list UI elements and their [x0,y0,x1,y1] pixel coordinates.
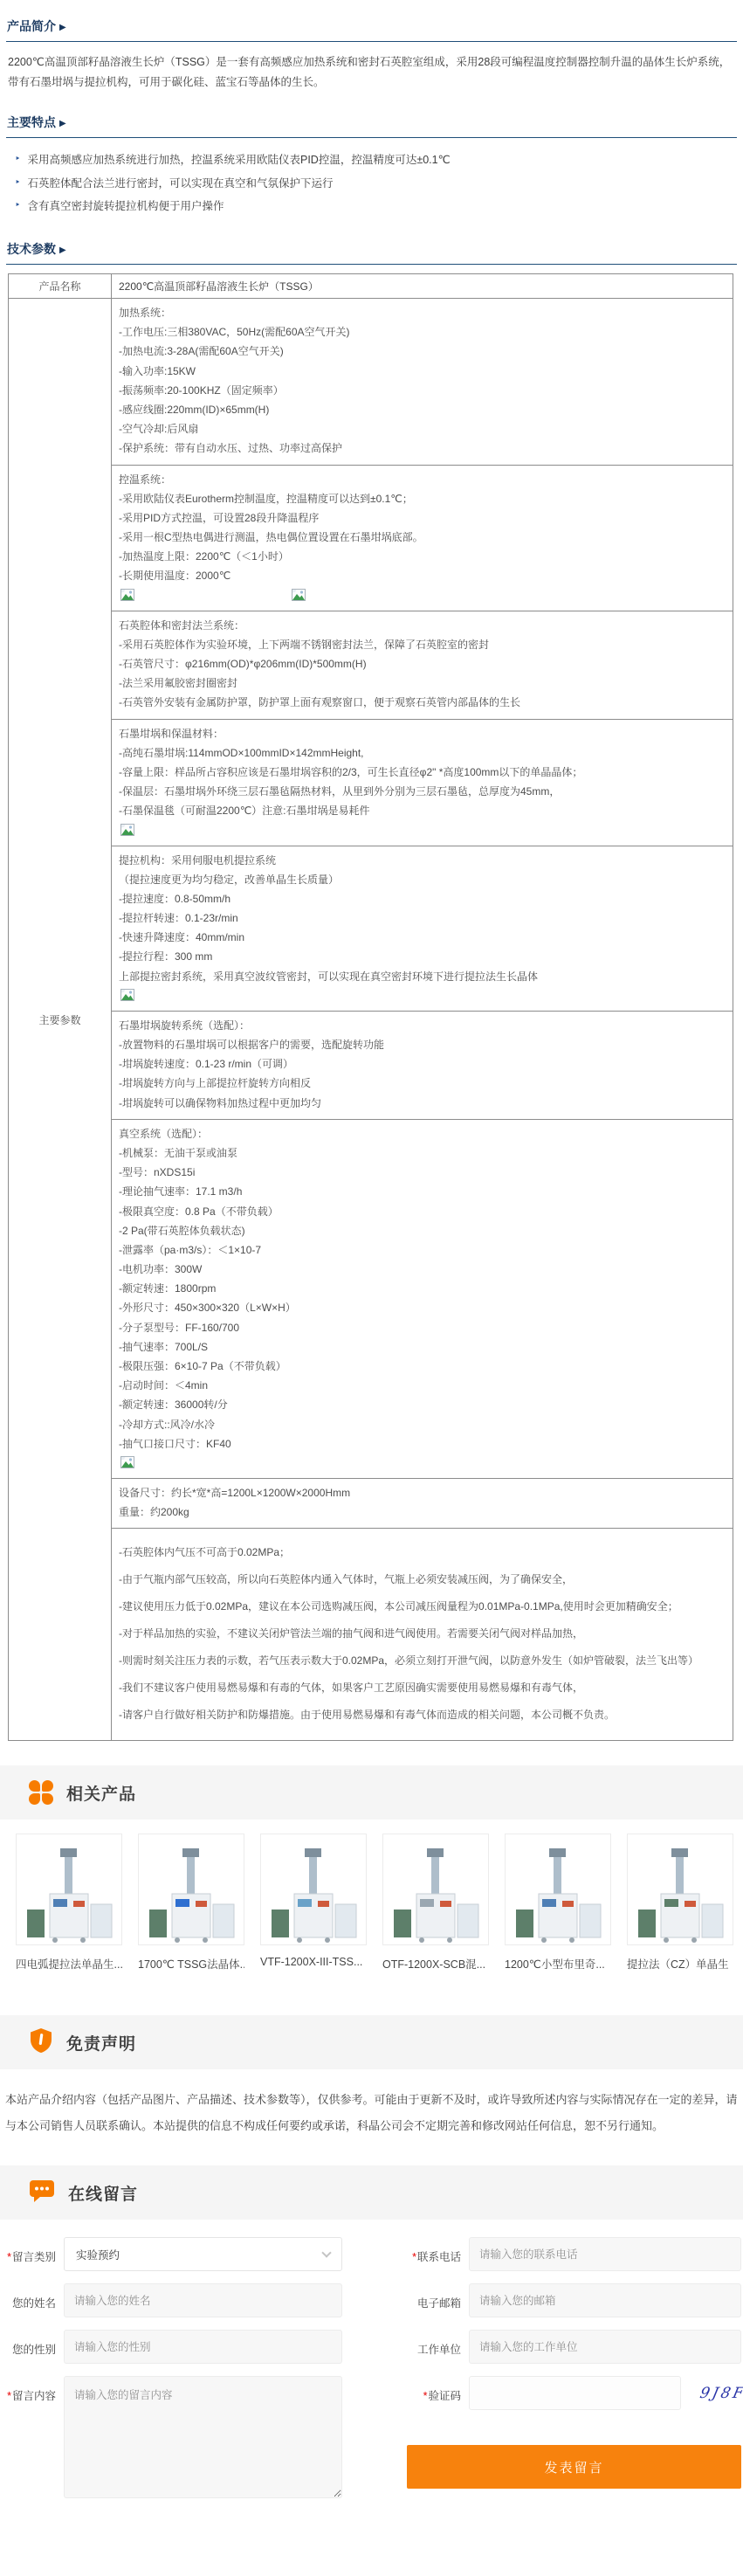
chat-bubble-icon [29,2179,55,2207]
spec-line: 提拉机构：采用伺服电机提拉系统 [119,851,726,870]
spec-line: -由于气瓶内部气压较高，所以向石英腔体内通入气体时，气瓶上必须安装减压阀，为了确… [119,1571,726,1587]
form-row-phone: *联系电话 [407,2237,741,2271]
spec-block: 真空系统（选配）：-机械泵：无油干泵或油泵-型号：nXDS15i-理论抽气速率：… [112,1119,733,1478]
spec-line: -提拉杆转速：0.1-23r/min [119,908,726,928]
spec-line: -法兰采用氟胶密封圈密封 [119,673,726,693]
spec-line: 重量：约200kg [119,1502,726,1522]
spec-line: -2 Pa(带石英腔体负载状态) [119,1221,726,1240]
bottom-whitespace [0,2515,743,2576]
email-input[interactable] [469,2283,741,2317]
spec-line: -振荡频率:20-100KHZ（固定频率） [119,381,726,400]
features-list: ‣采用高频感应加热系统进行加热，控温系统采用欧陆仪表PID控温，控温精度可达±0… [15,148,735,218]
form-left-column: *留言类别 实验预约 您的姓名 您的性别 *留言内容 [2,2237,342,2515]
name-input[interactable] [64,2283,342,2317]
bullet-icon: ‣ [15,172,21,195]
form-row-email: 电子邮箱 [407,2283,741,2317]
captcha-input[interactable] [469,2376,681,2410]
spec-line: -快速升降速度：40mm/min [119,928,726,947]
required-asterisk: * [7,2390,11,2402]
spec-line: -坩埚旋转方向与上部提拉杆旋转方向相反 [119,1074,726,1093]
spec-line: -则需时刻关注压力表的示数，若气压表示数大于0.02MPa，必须立刻打开泄气阀，… [119,1653,726,1668]
spec-block: 加热系统：-工作电压:三相380VAC，50Hz(需配60A空气开关)-加热电流… [112,299,733,465]
spec-line: -石英管尺寸：φ216mm(OD)*φ206mm(ID)*500mm(H) [119,654,726,673]
broken-image-icon [120,589,134,604]
product-image [382,1834,489,1945]
spec-line: -坩埚旋转可以确保物料加热过程中更加均匀 [119,1094,726,1113]
broken-image-icon [120,824,134,839]
spec-main-params-cell: 加热系统：-工作电压:三相380VAC，50Hz(需配60A空气开关)-加热电流… [112,299,733,1741]
chevron-down-icon [321,2248,331,2257]
phone-input[interactable] [469,2237,741,2271]
spec-line: -采用PID方式控温，可设置28段升降温程序 [119,508,726,528]
spec-block: 提拉机构：采用伺服电机提拉系统（提拉速度更为均匀稳定，改善单晶生长质量）-提拉速… [112,846,733,1011]
form-row-company: 工作单位 [407,2330,741,2364]
spec-line: -机械泵：无油干泵或油泵 [119,1143,726,1163]
spec-line: -石墨保温毯（可耐温2200℃）注意:石墨坩埚是易耗件 [119,801,726,820]
spec-line: -电机功率：300W [119,1260,726,1279]
spec-line: -请客户自行做好相关防护和防爆措施。由于使用易燃易爆和有毒气体而造成的相关问题，… [119,1707,726,1723]
product-image [505,1834,611,1945]
spec-row-product-name: 产品名称 2200℃高温顶部籽晶溶液生长炉（TSSG） [9,274,733,299]
spec-line: -提拉行程：300 mm [119,947,726,966]
spec-line: -加热电流:3-28A(需配60A空气开关) [119,342,726,361]
required-asterisk: * [423,2390,428,2402]
related-products-header: 相关产品 [0,1765,743,1820]
form-right-column: *联系电话 电子邮箱 工作单位 *验证码 9J8F 发表留言 [407,2237,741,2515]
spec-line: -额定转速：1800rpm [119,1279,726,1298]
spec-line: -极限真空度：0.8 Pa（不带负载） [119,1202,726,1221]
category-selected-value: 实验预约 [76,2247,120,2262]
product-name-link[interactable]: 1200℃小型布里奇... [505,1956,611,1972]
broken-image-icon [120,989,134,1004]
spec-line: -采用石英腔体作为实验环境，上下两端不锈钢密封法兰，保障了石英腔室的密封 [119,635,726,654]
feature-text: 石英腔体配合法兰进行密封，可以实现在真空和气氛保护下运行 [28,172,334,195]
gender-input[interactable] [64,2330,342,2364]
spec-block: -石英腔体内气压不可高于0.02MPa；-由于气瓶内部气压较高，所以向石英腔体内… [112,1528,733,1740]
spec-label-product-name: 产品名称 [9,274,112,299]
required-asterisk: * [412,2251,416,2263]
product-name-link[interactable]: 四电弧提拉法单晶生... [16,1956,122,1972]
product-image [260,1834,367,1945]
feature-text: 含有真空密封旋转提拉机构便于用户操作 [28,195,224,218]
gender-label: 您的性别 [2,2330,56,2357]
disclaimer-title: 免责声明 [66,2031,136,2055]
product-card[interactable]: 四电弧提拉法单晶生... [16,1834,122,1972]
message-title: 在线留言 [68,2181,138,2205]
section-title-features: 主要特点▶ [7,114,737,131]
bullet-icon: ‣ [15,148,21,171]
spec-line: -外形尺寸：450×300×320（L×W×H） [119,1298,726,1317]
spec-line: -冷却方式::风冷/水冷 [119,1415,726,1434]
company-label: 工作单位 [407,2330,461,2357]
content-label: *留言内容 [2,2376,56,2403]
spec-line: -保温层：石墨坩埚外环绕三层石墨毡隔热材料，从里到外分别为三层石墨毡，总厚度为4… [119,782,726,801]
spec-line: -容量上限：样品所占容积应该是石墨坩埚容积的2/3，可生长直径φ2" *高度10… [119,763,726,782]
product-detail-content: 产品简介▶ 2200℃高温顶部籽晶溶液生长炉（TSSG）是一套有高频感应加热系统… [0,0,743,1741]
bullet-icon: ‣ [15,195,21,218]
form-row-category: *留言类别 实验预约 [2,2237,342,2271]
spec-block: 石英腔体和密封法兰系统：-采用石英腔体作为实验环境，上下两端不锈钢密封法兰，保障… [112,611,733,719]
feature-item: ‣石英腔体配合法兰进行密封，可以实现在真空和气氛保护下运行 [15,172,735,195]
intro-title-text: 产品简介 [7,19,56,33]
section-divider [6,41,737,42]
spec-line: -长期使用温度：2000℃ [119,566,726,585]
spec-line: -工作电压:三相380VAC，50Hz(需配60A空气开关) [119,322,726,342]
broken-image-icon [120,1456,134,1471]
section-arrow-icon: ▶ [59,245,66,255]
spec-line: -抽气口接口尺寸：KF40 [119,1434,726,1454]
category-label: *留言类别 [2,2237,56,2264]
form-row-name: 您的姓名 [2,2283,342,2317]
product-card[interactable]: 提拉法（CZ）单晶生 [627,1834,733,1972]
product-name-link[interactable]: 提拉法（CZ）单晶生 [627,1956,733,1972]
spec-line: -空气冷却:后风扇 [119,419,726,439]
spec-line: -采用欧陆仪表Eurotherm控制温度，控温精度可以达到±0.1℃； [119,489,726,508]
section-title-intro: 产品简介▶ [7,17,737,35]
spec-line: 设备尺寸：约长*宽*高=1200L×1200W×2000Hmm [119,1483,726,1502]
spec-line: -石英管外安装有金属防护罩，防护罩上面有观察窗口，便于观察石英管内部晶体的生长 [119,693,726,712]
company-input[interactable] [469,2330,741,2364]
spec-line: -感应线圈:220mm(ID)×65mm(H) [119,400,726,419]
spec-line: -采用一根C型热电偶进行测温，热电偶位置设置在石墨坩埚底部。 [119,528,726,547]
spec-line: 石墨坩埚和保温材料： [119,724,726,743]
spec-line: -分子泵型号：FF-160/700 [119,1318,726,1337]
spec-line: 真空系统（选配）： [119,1124,726,1143]
spec-line: -保护系统：带有自动水压、过热、功率过高保护 [119,439,726,458]
spec-line: -放置物料的石墨坩埚可以根据客户的需要，选配旋转功能 [119,1035,726,1054]
spec-line: -抽气速率：700L/S [119,1337,726,1357]
spec-block: 设备尺寸：约长*宽*高=1200L×1200W×2000Hmm重量：约200kg [112,1478,733,1528]
disclaimer-paragraph: 本站产品介绍内容（包括产品图片、产品描述、技术参数等），仅供参考。可能由于更新不… [0,2069,743,2143]
spec-line: 上部提拉密封系统，采用真空波纹管密封，可以实现在真空密封环境下进行提拉法生长晶体 [119,967,726,986]
captcha-label: *验证码 [407,2376,461,2403]
section-arrow-icon: ▶ [59,23,66,32]
submit-message-button[interactable]: 发表留言 [407,2445,741,2489]
spec-line: 控温系统： [119,470,726,489]
name-label: 您的姓名 [2,2283,56,2310]
section-divider [6,137,737,138]
email-label: 电子邮箱 [407,2283,461,2310]
spec-line: -泄露率（pa·m3/s）：＜1×10-7 [119,1240,726,1260]
name-field-wrap [64,2283,342,2317]
spec-block: 石墨坩埚旋转系统（选配）：-放置物料的石墨坩埚可以根据客户的需要，选配旋转功能-… [112,1011,733,1119]
spec-line: -建议使用压力低于0.02MPa，建议在本公司选购减压阀，本公司减压阀量程为0.… [119,1599,726,1614]
product-card[interactable]: VTF-1200X-III-TSS... [260,1834,367,1972]
feature-item: ‣含有真空密封旋转提拉机构便于用户操作 [15,195,735,218]
spec-row-main-params: 主要参数 加热系统：-工作电压:三相380VAC，50Hz(需配60A空气开关)… [9,299,733,1741]
disclaimer-header: 免责声明 [0,2015,743,2069]
product-image [138,1834,244,1945]
apps-grid-icon [29,1780,53,1805]
section-arrow-icon: ▶ [59,119,66,128]
spec-line: -额定转速：36000转/分 [119,1395,726,1414]
spec-line: （提拉速度更为均匀稳定，改善单晶生长质量） [119,870,726,889]
product-image [16,1834,122,1945]
spec-label-main-params: 主要参数 [9,299,112,1741]
phone-field-wrap [469,2237,741,2271]
features-title-text: 主要特点 [7,115,56,129]
product-name-link[interactable]: VTF-1200X-III-TSS... [260,1956,367,1968]
feature-text: 采用高频感应加热系统进行加热，控温系统采用欧陆仪表PID控温，控温精度可达±0.… [28,148,451,171]
spec-line: 石英腔体和密封法兰系统： [119,616,726,635]
spec-line: 加热系统： [119,303,726,322]
spec-line: -型号：nXDS15i [119,1163,726,1182]
company-field-wrap [469,2330,741,2364]
spec-line: -石英腔体内气压不可高于0.02MPa； [119,1544,726,1560]
spec-line: -坩埚旋转速度：0.1-23 r/min（可调） [119,1054,726,1074]
feature-item: ‣采用高频感应加热系统进行加热，控温系统采用欧陆仪表PID控温，控温精度可达±0… [15,148,735,171]
gender-field-wrap [64,2330,342,2364]
form-row-content: *留言内容 [2,2376,342,2503]
message-content-textarea[interactable] [64,2376,342,2498]
spec-line: -对于样品加热的实验，不建议关闭炉管法兰端的抽气阀和进气阀使用。若需要关闭气阀对… [119,1626,726,1641]
related-products-title: 相关产品 [66,1781,136,1805]
spec-block: 控温系统：-采用欧陆仪表Eurotherm控制温度，控温精度可以达到±0.1℃；… [112,465,733,611]
shield-icon [29,2027,53,2058]
message-category-select[interactable]: 实验预约 [64,2237,342,2271]
form-row-captcha: *验证码 9J8F [407,2376,741,2410]
product-card[interactable]: 1700℃ TSSG法晶体... [138,1834,244,1972]
content-field-wrap [64,2376,342,2503]
product-name-link[interactable]: 1700℃ TSSG法晶体... [138,1956,244,1972]
email-field-wrap [469,2283,741,2317]
message-form: *留言类别 实验预约 您的姓名 您的性别 *留言内容 [0,2220,743,2515]
spec-line: -加热温度上限：2200℃（＜1小时） [119,547,726,566]
product-card[interactable]: 1200℃小型布里奇... [505,1834,611,1972]
product-name-link[interactable]: OTF-1200X-SCB混... [382,1956,489,1972]
product-image [627,1834,733,1945]
specs-title-text: 技术参数 [7,242,56,256]
spec-line: -提拉速度：0.8-50mm/h [119,889,726,908]
phone-label: *联系电话 [407,2237,461,2264]
spec-line: -输入功率:15KW [119,362,726,381]
intro-paragraph: 2200℃高温顶部籽晶溶液生长炉（TSSG）是一套有高频感应加热系统和密封石英腔… [8,52,735,93]
spec-line: -启动时间：＜4min [119,1376,726,1395]
spec-table: 产品名称 2200℃高温顶部籽晶溶液生长炉（TSSG） 主要参数 加热系统：-工… [8,273,733,1741]
spec-block: 石墨坩埚和保温材料：-高纯石墨坩埚:114mmOD×100mmID×142mmH… [112,719,733,846]
message-header: 在线留言 [0,2165,743,2220]
related-products-list: 四电弧提拉法单晶生...1700℃ TSSG法晶体...VTF-1200X-II… [0,1820,743,1992]
spec-line: -理论抽气速率：17.1 m3/h [119,1182,726,1201]
spec-line: -高纯石墨坩埚:114mmOD×100mmID×142mmHeight, [119,743,726,763]
captcha-image[interactable]: 9J8F [698,2385,743,2402]
broken-image-icon [292,589,306,604]
spec-value-product-name: 2200℃高温顶部籽晶溶液生长炉（TSSG） [112,274,733,299]
spec-line: -我们不建议客户使用易燃易爆和有毒的气体，如果客户工艺原因确实需要使用易燃易爆和… [119,1680,726,1695]
captcha-field-wrap: 9J8F [469,2376,743,2410]
spec-line: 石墨坩埚旋转系统（选配）： [119,1016,726,1035]
section-divider [6,264,737,265]
required-asterisk: * [7,2251,11,2263]
section-title-specs: 技术参数▶ [7,240,737,258]
category-field-wrap: 实验预约 [64,2237,342,2271]
form-row-gender: 您的性别 [2,2330,342,2364]
product-card[interactable]: OTF-1200X-SCB混... [382,1834,489,1972]
spec-line: -极限压强：6×10-7 Pa（不带负载） [119,1357,726,1376]
